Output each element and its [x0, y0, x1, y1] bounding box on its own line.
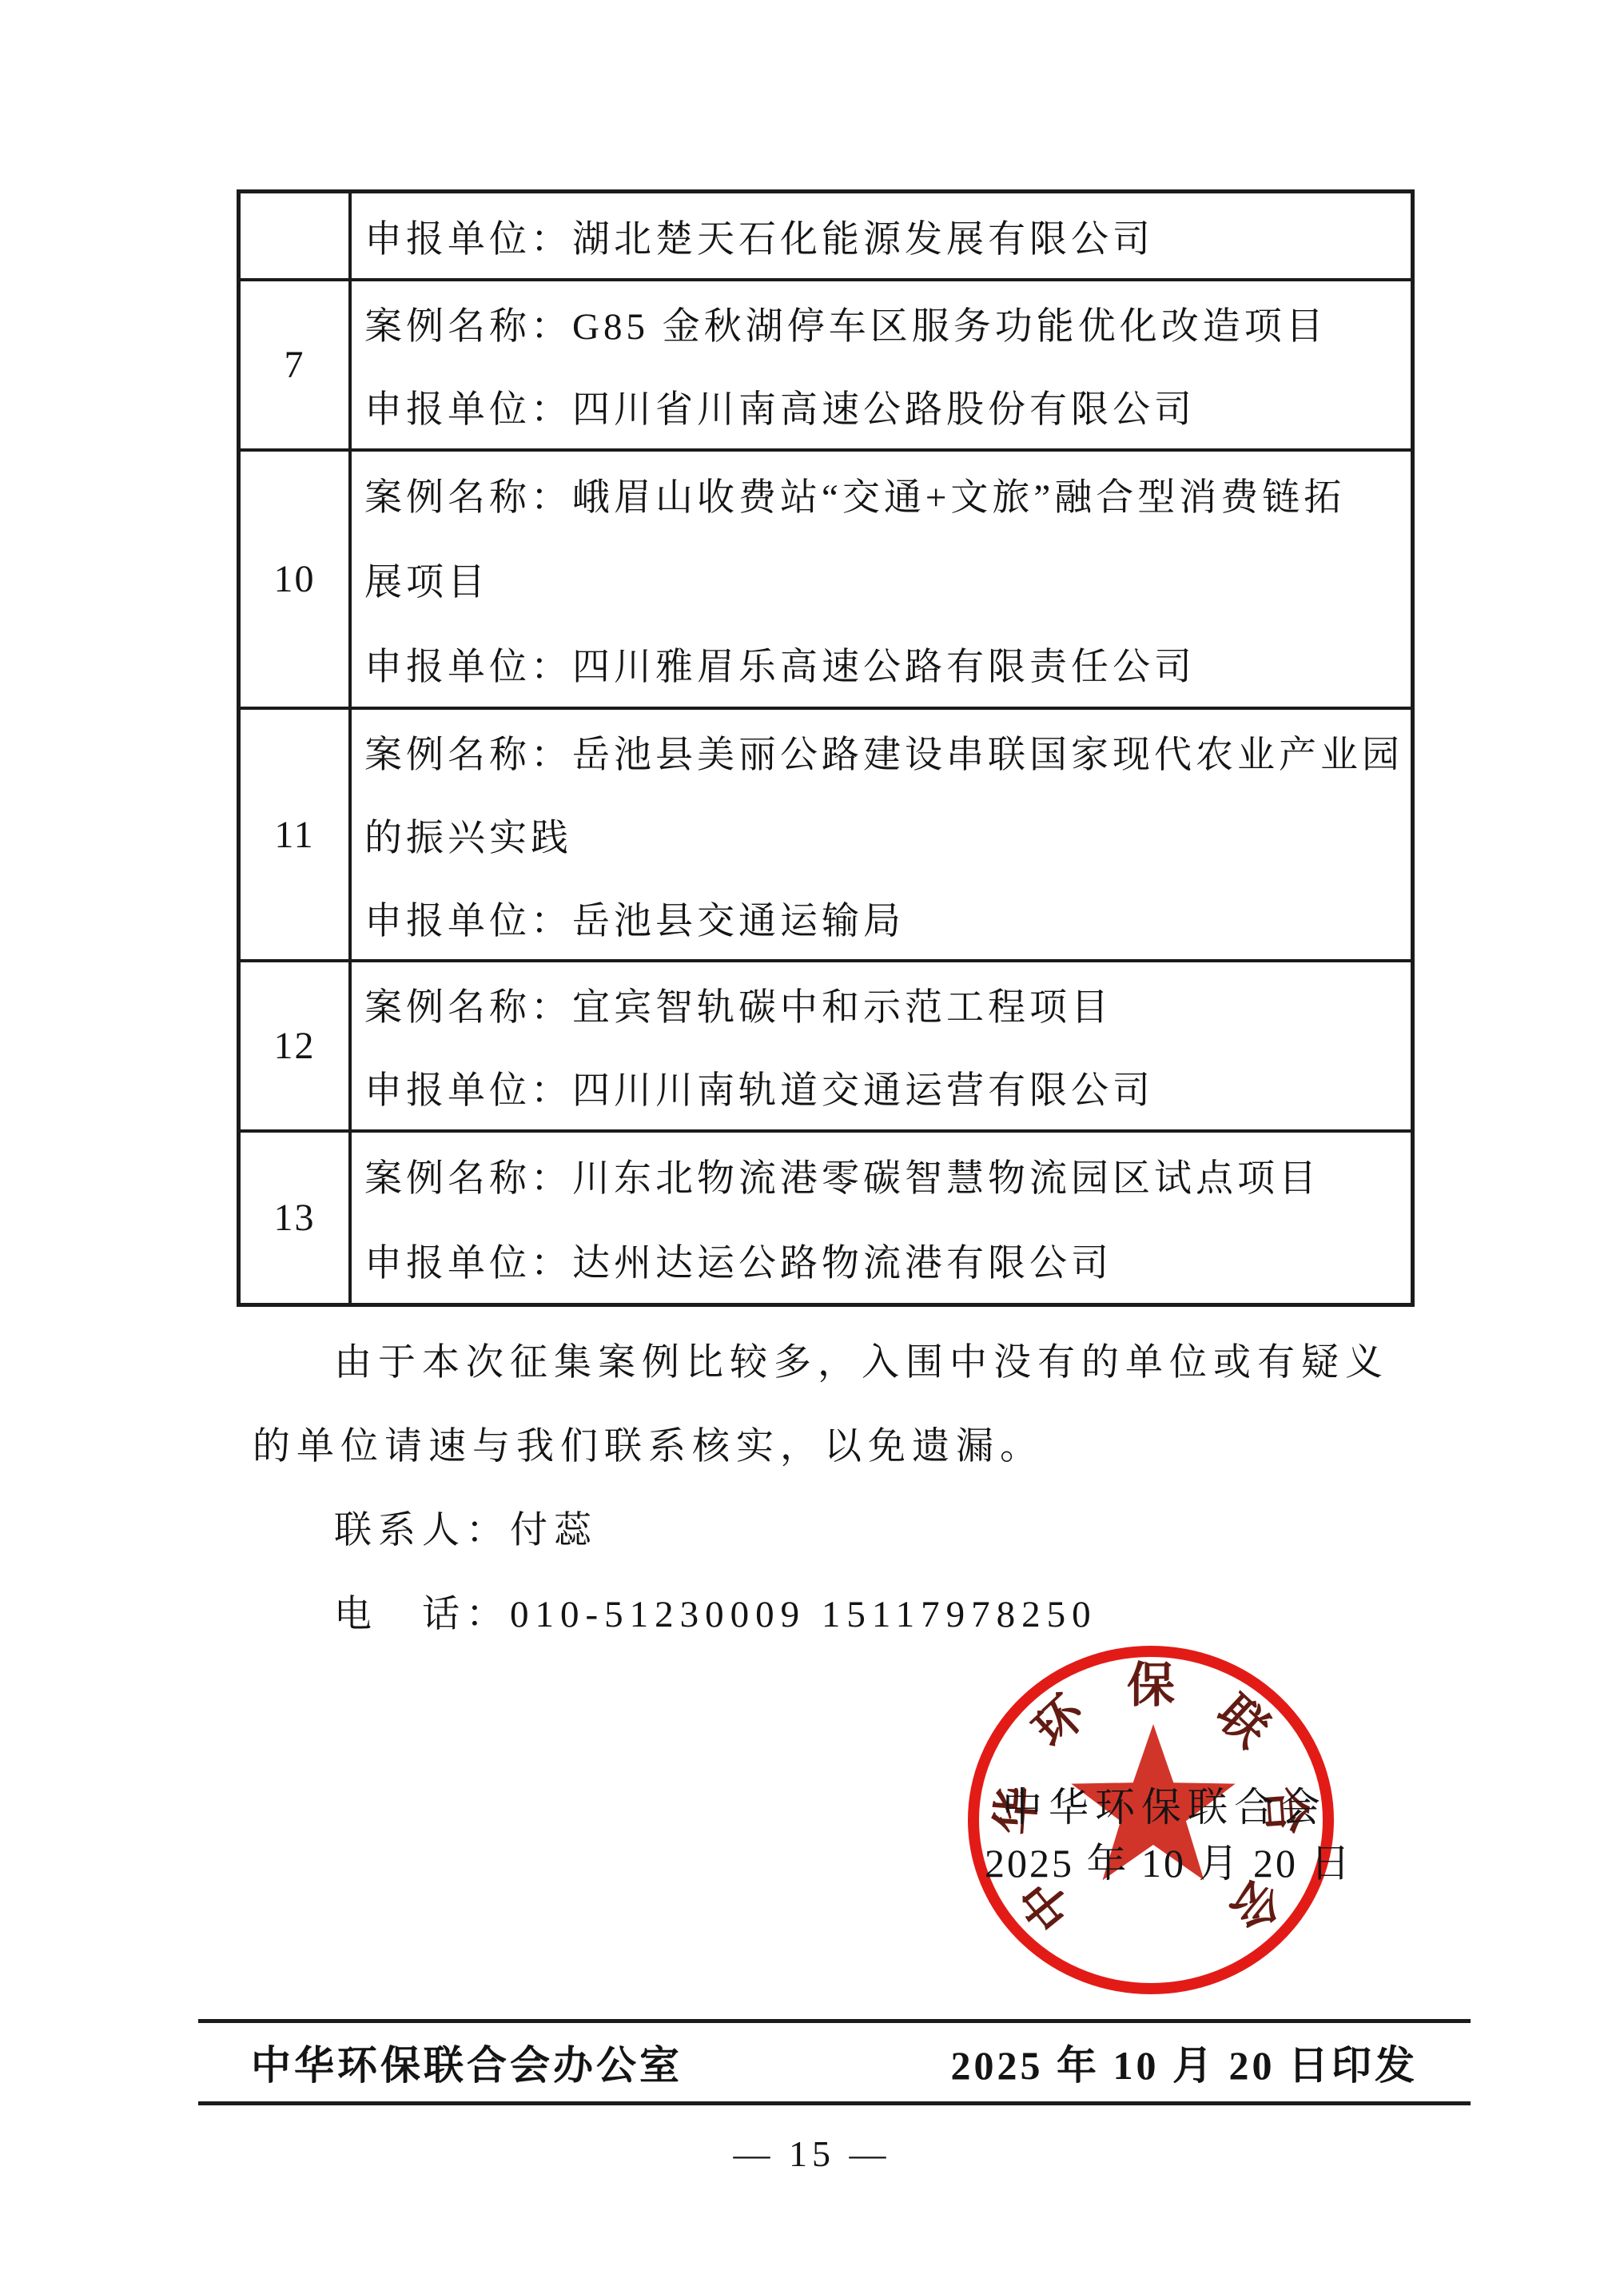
row-content: 案例名称：G85 金秋湖停车区服务功能优化改造项目申报单位：四川省川南高速公路股…	[352, 281, 1411, 448]
row-text-line: 申报单位：达州达运公路物流港有限公司	[364, 1218, 1411, 1303]
table-row: 13案例名称：川东北物流港零碳智慧物流园区试点项目申报单位：达州达运公路物流港有…	[241, 1133, 1411, 1303]
row-text-line: 申报单位：四川雅眉乐高速公路有限责任公司	[364, 622, 1411, 707]
row-text-line: 申报单位：四川省川南高速公路股份有限公司	[364, 365, 1411, 449]
row-text-line: 案例名称：G85 金秋湖停车区服务功能优化改造项目	[364, 281, 1411, 365]
row-number	[241, 193, 352, 278]
document-page: 申报单位：湖北楚天石化能源发展有限公司7案例名称：G85 金秋湖停车区服务功能优…	[0, 0, 1624, 2286]
seal-ring-char: 保	[1127, 1659, 1175, 1712]
table-row: 11案例名称：岳池县美丽公路建设串联国家现代农业产业园的振兴实践申报单位：岳池县…	[241, 710, 1411, 962]
row-number: 11	[241, 710, 352, 959]
row-text-line: 展项目	[364, 537, 1411, 622]
footer-issuer: 中华环保联合会办公室	[251, 2033, 683, 2091]
row-content: 案例名称：川东北物流港零碳智慧物流园区试点项目申报单位：达州达运公路物流港有限公…	[352, 1133, 1411, 1303]
signature-date: 2025 年 10 月 20 日	[985, 1832, 1353, 1888]
body-text-line: 的单位请速与我们联系核实，以免遗漏。	[253, 1401, 1427, 1485]
body-text-line: 联系人：付蕊	[253, 1485, 1427, 1569]
footer-print-date: 2025 年 10 月 20 日印发	[951, 2033, 1419, 2091]
body-text: 由于本次征集案例比较多，入围中没有的单位或有疑义的单位请速与我们联系核实，以免遗…	[253, 1317, 1427, 1653]
footer-bar: 中华环保联合会办公室 2025 年 10 月 20 日印发	[198, 2019, 1471, 2105]
table-row: 7案例名称：G85 金秋湖停车区服务功能优化改造项目申报单位：四川省川南高速公路…	[241, 281, 1411, 452]
table-row: 12案例名称：宜宾智轨碳中和示范工程项目申报单位：四川川南轨道交通运营有限公司	[241, 962, 1411, 1133]
table-row: 申报单位：湖北楚天石化能源发展有限公司	[241, 193, 1411, 281]
row-content: 案例名称：峨眉山收费站“交通+文旅”融合型消费链拓展项目申报单位：四川雅眉乐高速…	[352, 452, 1411, 707]
row-text-line: 案例名称：岳池县美丽公路建设串联国家现代农业产业园	[364, 710, 1411, 793]
row-text-line: 案例名称：宜宾智轨碳中和示范工程项目	[364, 962, 1411, 1046]
row-text-line: 案例名称：川东北物流港零碳智慧物流园区试点项目	[364, 1133, 1411, 1218]
row-number: 13	[241, 1133, 352, 1303]
row-text-line: 案例名称：峨眉山收费站“交通+文旅”融合型消费链拓	[364, 452, 1411, 537]
row-content: 案例名称：宜宾智轨碳中和示范工程项目申报单位：四川川南轨道交通运营有限公司	[352, 962, 1411, 1129]
body-text-line: 由于本次征集案例比较多，入围中没有的单位或有疑义	[253, 1317, 1427, 1401]
row-text-line: 申报单位：四川川南轨道交通运营有限公司	[364, 1046, 1411, 1130]
row-number: 10	[241, 452, 352, 707]
row-content: 案例名称：岳池县美丽公路建设串联国家现代农业产业园的振兴实践申报单位：岳池县交通…	[352, 710, 1411, 959]
row-content: 申报单位：湖北楚天石化能源发展有限公司	[352, 193, 1411, 278]
row-text-line: 申报单位：岳池县交通运输局	[364, 876, 1411, 959]
cases-table: 申报单位：湖北楚天石化能源发展有限公司7案例名称：G85 金秋湖停车区服务功能优…	[237, 189, 1415, 1307]
signature-block: 中华环保联合会 2025 年 10 月 20 日	[985, 1776, 1353, 1888]
row-text-line: 申报单位：湖北楚天石化能源发展有限公司	[364, 193, 1411, 278]
signature-org: 中华环保联合会	[985, 1776, 1353, 1832]
row-text-line: 的振兴实践	[364, 793, 1411, 876]
row-number: 7	[241, 281, 352, 448]
row-number: 12	[241, 962, 352, 1129]
table-row: 10案例名称：峨眉山收费站“交通+文旅”融合型消费链拓展项目申报单位：四川雅眉乐…	[241, 452, 1411, 710]
page-number: — 15 —	[0, 2133, 1624, 2175]
